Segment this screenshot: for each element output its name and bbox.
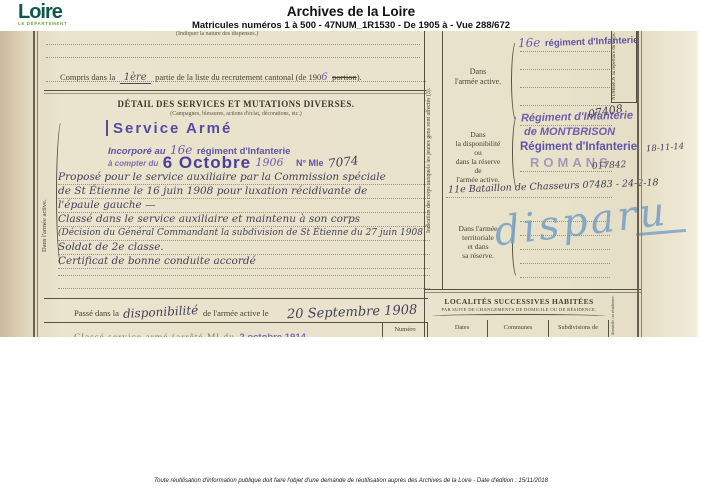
col-line [548, 320, 549, 337]
date-stamp: 6 Octobre [163, 153, 251, 172]
dotted-line [520, 87, 612, 88]
classe-stamp: 2 octobre 1914 [239, 332, 306, 337]
classe-printed: Classé service armé (arrêté Ml du [74, 333, 235, 337]
page-subtitle: Matricules numéros 1 à 500 - 47NUM_1R153… [0, 20, 702, 31]
dotted-line [46, 81, 426, 82]
rule [424, 289, 642, 290]
dotted-line [58, 288, 430, 289]
curved-rule [432, 314, 606, 318]
passe-middle: de l'armée active le [203, 308, 268, 318]
numero-header: Numéro [383, 326, 427, 333]
classe-line: Classé service armé (arrêté Ml du 2 octo… [74, 327, 306, 337]
rule [44, 298, 428, 299]
services-title: DÉTAIL DES SERVICES ET MUTATIONS DIVERSE… [46, 99, 426, 109]
rule [44, 90, 426, 91]
dotted-line [46, 44, 420, 45]
service-arme-stamp: Service Armé [113, 120, 232, 137]
disp-label-1: Dans [444, 130, 512, 139]
localites-subtitle: PAR SUITE DE CHANGEMENTS DE DOMICILE OU … [428, 307, 610, 312]
passe-line: Passé dans la disponibilité de l'armée a… [74, 303, 417, 321]
rule [44, 322, 428, 323]
passe-written-date: 20 Septembre 1908 [287, 303, 418, 323]
written-year: 1906 [256, 156, 284, 169]
montbrison-stamp: de MONTBRISON [524, 126, 615, 138]
corps-rotated-label: Indication des corps auxquels les jeunes… [426, 35, 441, 285]
col-subdivisions: Subdivisions de [550, 324, 606, 331]
divider-line [442, 31, 443, 289]
disp-label-3: ou [444, 148, 512, 157]
matricule-value: 7074 [327, 153, 359, 170]
col-dates: Dates [440, 324, 484, 331]
rule [424, 292, 642, 293]
passe-prefix: Passé dans la [74, 308, 119, 318]
matricule-label: N° Mle [296, 158, 324, 168]
top-note: (Indiquer la nature des dispenses.) [176, 31, 258, 37]
left-margin-label: Dans l'armée active. [41, 171, 53, 281]
active-label-2: l'armée active. [444, 77, 512, 86]
numeros-box: NUMÉROS au répertoire du corps. [611, 31, 637, 103]
dotted-line [520, 171, 612, 172]
document-scan: (Indiquer la nature des dispenses.) Comp… [0, 31, 702, 337]
right-border-line [637, 31, 639, 337]
localites-rotated-note: domicile ou résidence. [610, 294, 634, 337]
hw-line: Proposé pour le service auxiliaire par l… [58, 171, 430, 185]
rule [44, 93, 426, 94]
passe-written-word: disponibilité [123, 303, 199, 321]
written-disparu: disparu [492, 189, 671, 256]
col-line [487, 320, 488, 337]
localites-title: LOCALITÉS SUCCESSIVES HABITÉES [428, 297, 610, 306]
left-brace [56, 119, 68, 269]
compter-printed: à compter du [108, 159, 158, 168]
compris-line: Compris dans la 1ère partie de la liste … [60, 67, 430, 85]
col-communes: Communes [490, 324, 546, 331]
hw-line: Certificat de bonne conduite accordé [58, 255, 430, 269]
dotted-line [520, 51, 612, 52]
archive-viewer-page: Loire LE DÉPARTEMENT Archives de la Loir… [0, 0, 702, 496]
hw-line: Soldat de 2e classe. [58, 241, 430, 255]
footer-note: Toute réutilisation d'information publiq… [0, 478, 702, 484]
compris-written-part: 1ère [120, 72, 151, 84]
dotted-line [520, 69, 612, 70]
right-border-line-2 [641, 31, 642, 337]
services-subtitle: (Campagnes, blessures, actions d'éclat, … [46, 111, 426, 117]
numeros-label: NUMÉROS au répertoire du corps. [612, 31, 636, 101]
disp-label-5: de [444, 166, 512, 175]
regiment-bold-stamp: Régiment d'Infanterie [520, 141, 637, 153]
dotted-line [520, 277, 610, 278]
page-title: Archives de la Loire [0, 4, 702, 19]
dotted-line [46, 57, 420, 58]
active-label-1: Dans [446, 67, 510, 76]
hw-line: (Décision du Général Commandant la subdi… [58, 227, 430, 241]
disp-label-2: la disponibilité [444, 139, 512, 148]
hw-line: Classé dans le service auxiliaire et mai… [58, 213, 430, 227]
col-line [608, 320, 609, 337]
margin-date: 18-11-14 [646, 142, 685, 155]
hw-line: l'épaule gauche — [58, 199, 430, 213]
compter-line: à compter du 6 Octobre 1906 N° Mle 7074 [108, 153, 359, 173]
left-edge-line-2 [37, 31, 38, 337]
hw-line: de St Étienne le 16 juin 1908 pour luxat… [58, 185, 430, 199]
numero-box: Numéro [382, 322, 428, 337]
left-edge-line [33, 31, 35, 337]
stamp-tick [106, 120, 108, 136]
disp-label-4: dans la réserve [444, 157, 512, 166]
active-written-number: 16e [518, 35, 541, 50]
handwritten-notes: Proposé pour le service auxiliaire par l… [58, 171, 430, 269]
dotted-line [520, 263, 610, 264]
dotted-line [58, 275, 430, 276]
